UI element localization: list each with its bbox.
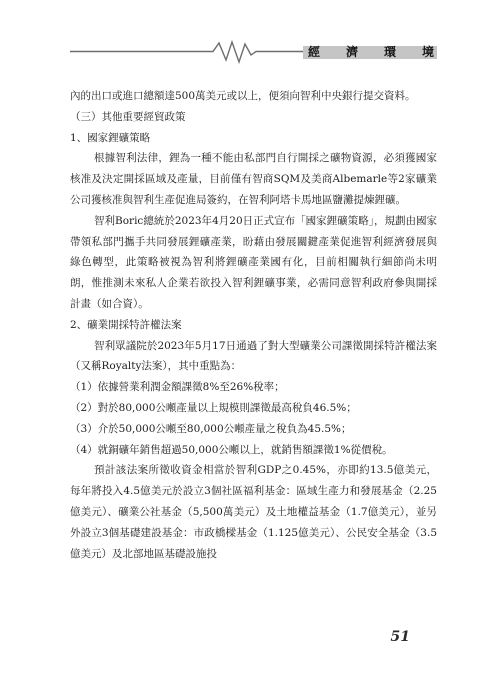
paragraph-continuation: 內的出口或進口總額達500萬美元或以上，便須向智利中央銀行提交資料。 <box>70 86 437 107</box>
paragraph: 智利眾議院於2023年5月17日通過了對大型礦業公司課徵開採特許權法案（又稱Ro… <box>70 336 437 378</box>
list-item: （1）依據營業利潤金額課徵8%至26%稅率； <box>70 377 437 398</box>
page-number: 51 <box>391 629 410 645</box>
paragraph: 智利Boric總統於2023年4月20日正式宣布「國家鋰礦策略」，規劃由國家帶領… <box>70 211 437 315</box>
list-item: （3）介於50,000公噸至80,000公噸產量之稅負為45.5%； <box>70 419 437 440</box>
list-item: （4）就銅礦年銷售超過50,000公噸以上，就銷售額課徵1%從價稅。 <box>70 440 437 461</box>
subsection-heading: 2、礦業開採特許權法案 <box>70 315 437 336</box>
list-item: （2）對於80,000公噸產量以上規模則課徵最高稅負46.5%； <box>70 398 437 419</box>
document-body: 內的出口或進口總額達500萬美元或以上，便須向智利中央銀行提交資料。 （三）其他… <box>70 86 437 564</box>
section-heading: （三）其他重要經貿政策 <box>70 107 437 128</box>
paragraph: 預計該法案所徵收資金相當於智利GDP之0.45%，亦即約13.5億美元，每年將投… <box>70 460 437 564</box>
paragraph: 根據智利法律，鋰為一種不能由私部門自行開採之礦物資源，必須獲國家核准及決定開採區… <box>70 148 437 210</box>
document-page: 經濟環境 內的出口或進口總額達500萬美元或以上，便須向智利中央銀行提交資料。 … <box>0 0 480 679</box>
page-title: 經濟環境 <box>308 44 448 61</box>
subsection-heading: 1、國家鋰礦策略 <box>70 128 437 149</box>
heartbeat-zigzag-divider-icon <box>70 38 303 66</box>
